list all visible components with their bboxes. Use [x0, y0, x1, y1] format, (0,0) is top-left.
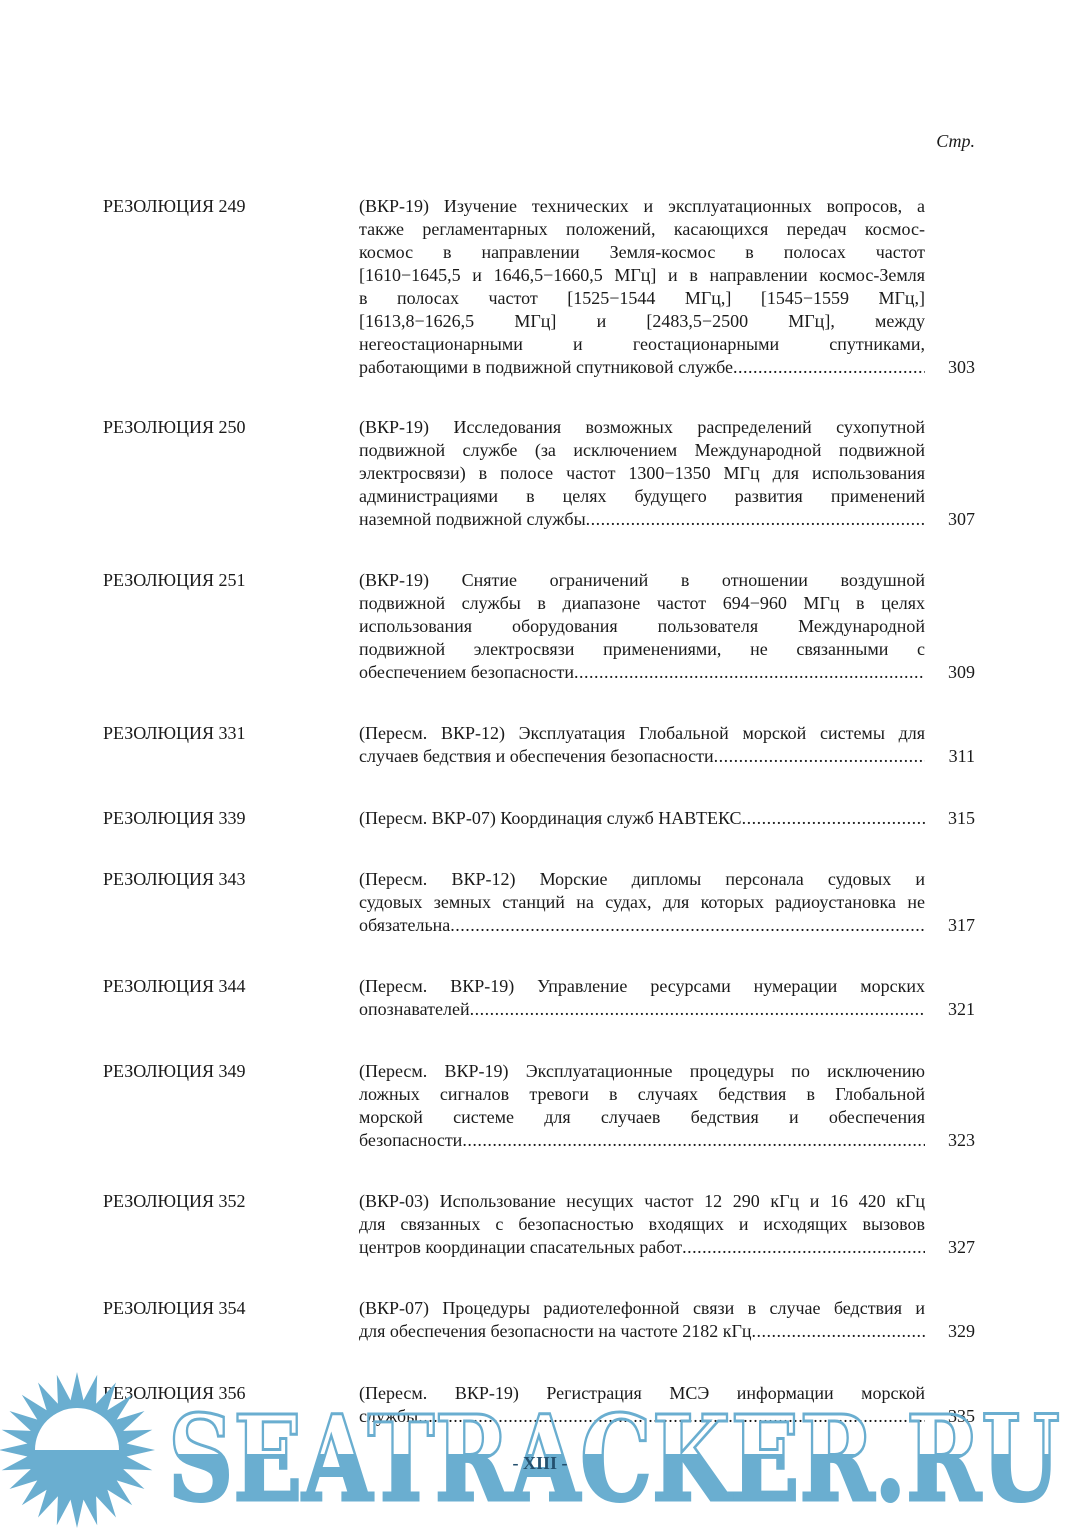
resolution-number: РЕЗОЛЮЦИЯ 354 — [103, 1297, 246, 1320]
resolution-number: РЕЗОЛЮЦИЯ 251 — [103, 569, 246, 592]
dot-leader: ........................................… — [733, 356, 925, 379]
dot-leader: ........................................… — [418, 1405, 925, 1428]
resolution-number: РЕЗОЛЮЦИЯ 349 — [103, 1060, 246, 1083]
dot-leader: ........................................… — [682, 1236, 925, 1259]
page-reference: 315 — [948, 807, 975, 830]
resolution-number: РЕЗОЛЮЦИЯ 343 — [103, 868, 246, 891]
resolution-number: РЕЗОЛЮЦИЯ 250 — [103, 416, 246, 439]
page-number-footer: - XIII - — [0, 1453, 1080, 1474]
resolution-number: РЕЗОЛЮЦИЯ 356 — [103, 1382, 246, 1405]
page-reference: 317 — [948, 914, 975, 937]
resolution-title: (ВКР-07) Процедуры радиотелефонной связи… — [359, 1297, 925, 1343]
page-reference: 309 — [948, 661, 975, 684]
dot-leader: ........................................… — [574, 661, 925, 684]
resolution-title: (Пересм. ВКР-07) Координация служб НАВТЕ… — [359, 807, 925, 830]
dot-leader: ........................................… — [742, 807, 925, 830]
page-reference: 327 — [948, 1236, 975, 1259]
page-reference: 321 — [948, 998, 975, 1021]
resolution-title: (Пересм. ВКР-12) Эксплуатация Глобальной… — [359, 722, 925, 768]
resolution-number: РЕЗОЛЮЦИЯ 249 — [103, 195, 246, 218]
dot-leader: ........................................… — [586, 508, 925, 531]
resolution-title: (Пересм. ВКР-19) Эксплуатационные процед… — [359, 1060, 925, 1152]
dot-leader: ........................................… — [714, 745, 925, 768]
dot-leader: ........................................… — [470, 998, 925, 1021]
resolution-number: РЕЗОЛЮЦИЯ 331 — [103, 722, 246, 745]
dot-leader: ........................................… — [752, 1320, 925, 1343]
resolution-title: (Пересм. ВКР-12) Морские дипломы персона… — [359, 868, 925, 937]
page-reference: 329 — [948, 1320, 975, 1343]
page-reference: 311 — [949, 745, 975, 768]
resolution-title: (ВКР-19) Изучение технических и эксплуат… — [359, 195, 925, 379]
resolution-number: РЕЗОЛЮЦИЯ 344 — [103, 975, 246, 998]
resolution-title: (Пересм. ВКР-19) Регистрация МСЭ информа… — [359, 1382, 925, 1428]
resolution-title: (ВКР-19) Снятие ограничений в отношении … — [359, 569, 925, 684]
page-reference: 323 — [948, 1129, 975, 1152]
resolution-number: РЕЗОЛЮЦИЯ 339 — [103, 807, 246, 830]
page-reference: 303 — [948, 356, 975, 379]
page-column-label: Стр. — [936, 131, 975, 152]
page-reference: 335 — [948, 1405, 975, 1428]
resolution-title: (ВКР-03) Использование несущих частот 12… — [359, 1190, 925, 1259]
dot-leader: ........................................… — [462, 1129, 925, 1152]
dot-leader: ........................................… — [450, 914, 925, 937]
resolution-title: (ВКР-19) Исследования возможных распреде… — [359, 416, 925, 531]
resolution-title: (Пересм. ВКР-19) Управление ресурсами ну… — [359, 975, 925, 1021]
page-reference: 307 — [948, 508, 975, 531]
resolution-number: РЕЗОЛЮЦИЯ 352 — [103, 1190, 246, 1213]
